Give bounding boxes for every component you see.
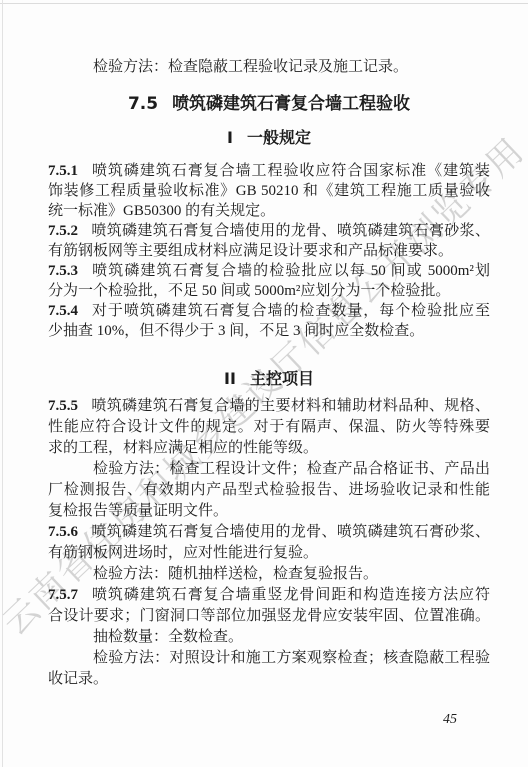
text-line: 7.5.2喷筑磷建筑石膏复合墙使用的龙骨、喷筑磷建筑石膏砂浆、 (48, 221, 490, 241)
text-line: 7.5.1喷筑磷建筑石膏复合墙工程验收应符合国家标准《建筑装 (48, 161, 490, 181)
document-page: 云南省住房和城乡建设厅信息公开浏览专用 检验方法：检查隐蔽工程验收记录及施工记录… (0, 0, 528, 767)
clause-text: 喷筑磷建筑石膏复合墙重竖龙骨间距和构造连接方法应符 (91, 587, 490, 603)
dominant-items-section: 7.5.5喷筑磷建筑石膏复合墙的主要材料和辅助材料品种、规格、 性能应符合设计文… (48, 396, 490, 690)
clause-text: 喷筑磷建筑石膏复合墙的检验批应以每 50 间或 5000m²划 (91, 263, 490, 279)
clause-text: 对于喷筑磷建筑石膏复合墙的检查数量，每个检验批应至 (91, 303, 490, 319)
page-body: 检验方法：检查隐蔽工程验收记录及施工记录。 7.5喷筑磷建筑石膏复合墙工程验收 … (48, 57, 490, 729)
clause-number: 7.5.3 (48, 263, 78, 279)
text-line: 7.5.3喷筑磷建筑石膏复合墙的检验批应以每 50 间或 5000m²划 (48, 261, 490, 281)
text-line: 检验方法：检查隐蔽工程验收记录及施工记录。 (48, 57, 490, 77)
subsection-title: 主控项目 (250, 369, 314, 388)
section-heading: 7.5喷筑磷建筑石膏复合墙工程验收 (48, 93, 490, 115)
text-line: 求的工程，材料应满足相应的性能等级。 (48, 438, 490, 459)
text-line: 少抽查 10%，但不得少于 3 间，不足 3 间时应全数检查。 (48, 321, 490, 341)
text-line: 复检报告等质量证明文件。 (48, 501, 490, 522)
text-line: 检验方法：对照设计和施工方案观察检查；核查隐蔽工程验 (48, 648, 490, 669)
clause-text: 喷筑磷建筑石膏复合墙使用的龙骨、喷筑磷建筑石膏砂浆、 (91, 223, 490, 239)
text-line: 性能应符合设计文件的规定。对于有隔声、保温、防火等特殊要 (48, 417, 490, 438)
clause-text: 喷筑磷建筑石膏复合墙工程验收应符合国家标准《建筑装 (91, 163, 490, 179)
text-line: 有筋钢板网进场时，应对性能进行复验。 (48, 543, 490, 564)
text-line: 检验方法：随机抽样送检，检查复验报告。 (48, 564, 490, 585)
text-line: 饰装修工程质量验收标准》GB 50210 和《建筑工程施工质量验收 (48, 181, 490, 201)
text-line: 统一标准》GB50300 的有关规定。 (48, 201, 490, 221)
scan-artifact-top-line (0, 3, 528, 4)
clause-number: 7.5.2 (48, 223, 78, 239)
subsection-number: I (227, 128, 233, 147)
text-line: 有筋钢板网等主要组成材料应满足设计要求和产品标准要求。 (48, 241, 490, 261)
subsection-title: 一般规定 (247, 128, 311, 147)
text-line: 7.5.7喷筑磷建筑石膏复合墙重竖龙骨间距和构造连接方法应符 (48, 585, 490, 606)
general-provisions-section: 7.5.1喷筑磷建筑石膏复合墙工程验收应符合国家标准《建筑装 饰装修工程质量验收… (48, 161, 490, 341)
text-line: 厂检测报告、有效期内产品型式检验报告、进场验收记录和性能 (48, 480, 490, 501)
text-line: 7.5.4对于喷筑磷建筑石膏复合墙的检查数量，每个检验批应至 (48, 301, 490, 321)
clause-text: 喷筑磷建筑石膏复合墙的主要材料和辅助材料品种、规格、 (91, 398, 490, 414)
section-number: 7.5 (128, 94, 158, 114)
text-line: 分为一个检验批，不足 50 间或 5000m²应划分为一个检验批。 (48, 281, 490, 301)
text-line: 7.5.6喷筑磷建筑石膏复合墙使用的龙骨、喷筑磷建筑石膏砂浆、 (48, 522, 490, 543)
clause-number: 7.5.7 (48, 587, 78, 603)
text-line: 检验方法：检查工程设计文件；检查产品合格证书、产品出 (48, 459, 490, 480)
section-title: 喷筑磷建筑石膏复合墙工程验收 (172, 94, 410, 114)
page-number: 45 (48, 711, 490, 729)
clause-number: 7.5.6 (48, 524, 78, 540)
scan-artifact-left-line (2, 0, 3, 767)
subsection-heading: I一般规定 (48, 127, 490, 148)
subsection-heading: II主控项目 (48, 368, 490, 389)
clause-number: 7.5.5 (48, 398, 78, 414)
text-line: 抽检数量：全数检查。 (48, 627, 490, 648)
text-line: 收记录。 (48, 669, 490, 690)
clause-number: 7.5.1 (48, 163, 78, 179)
text-line: 7.5.5喷筑磷建筑石膏复合墙的主要材料和辅助材料品种、规格、 (48, 396, 490, 417)
clause-number: 7.5.4 (48, 303, 78, 319)
clause-text: 喷筑磷建筑石膏复合墙使用的龙骨、喷筑磷建筑石膏砂浆、 (91, 524, 490, 540)
text-line: 合设计要求；门窗洞口等部位加强竖龙骨应安装牢固、位置准确。 (48, 606, 490, 627)
subsection-number: II (224, 369, 236, 388)
